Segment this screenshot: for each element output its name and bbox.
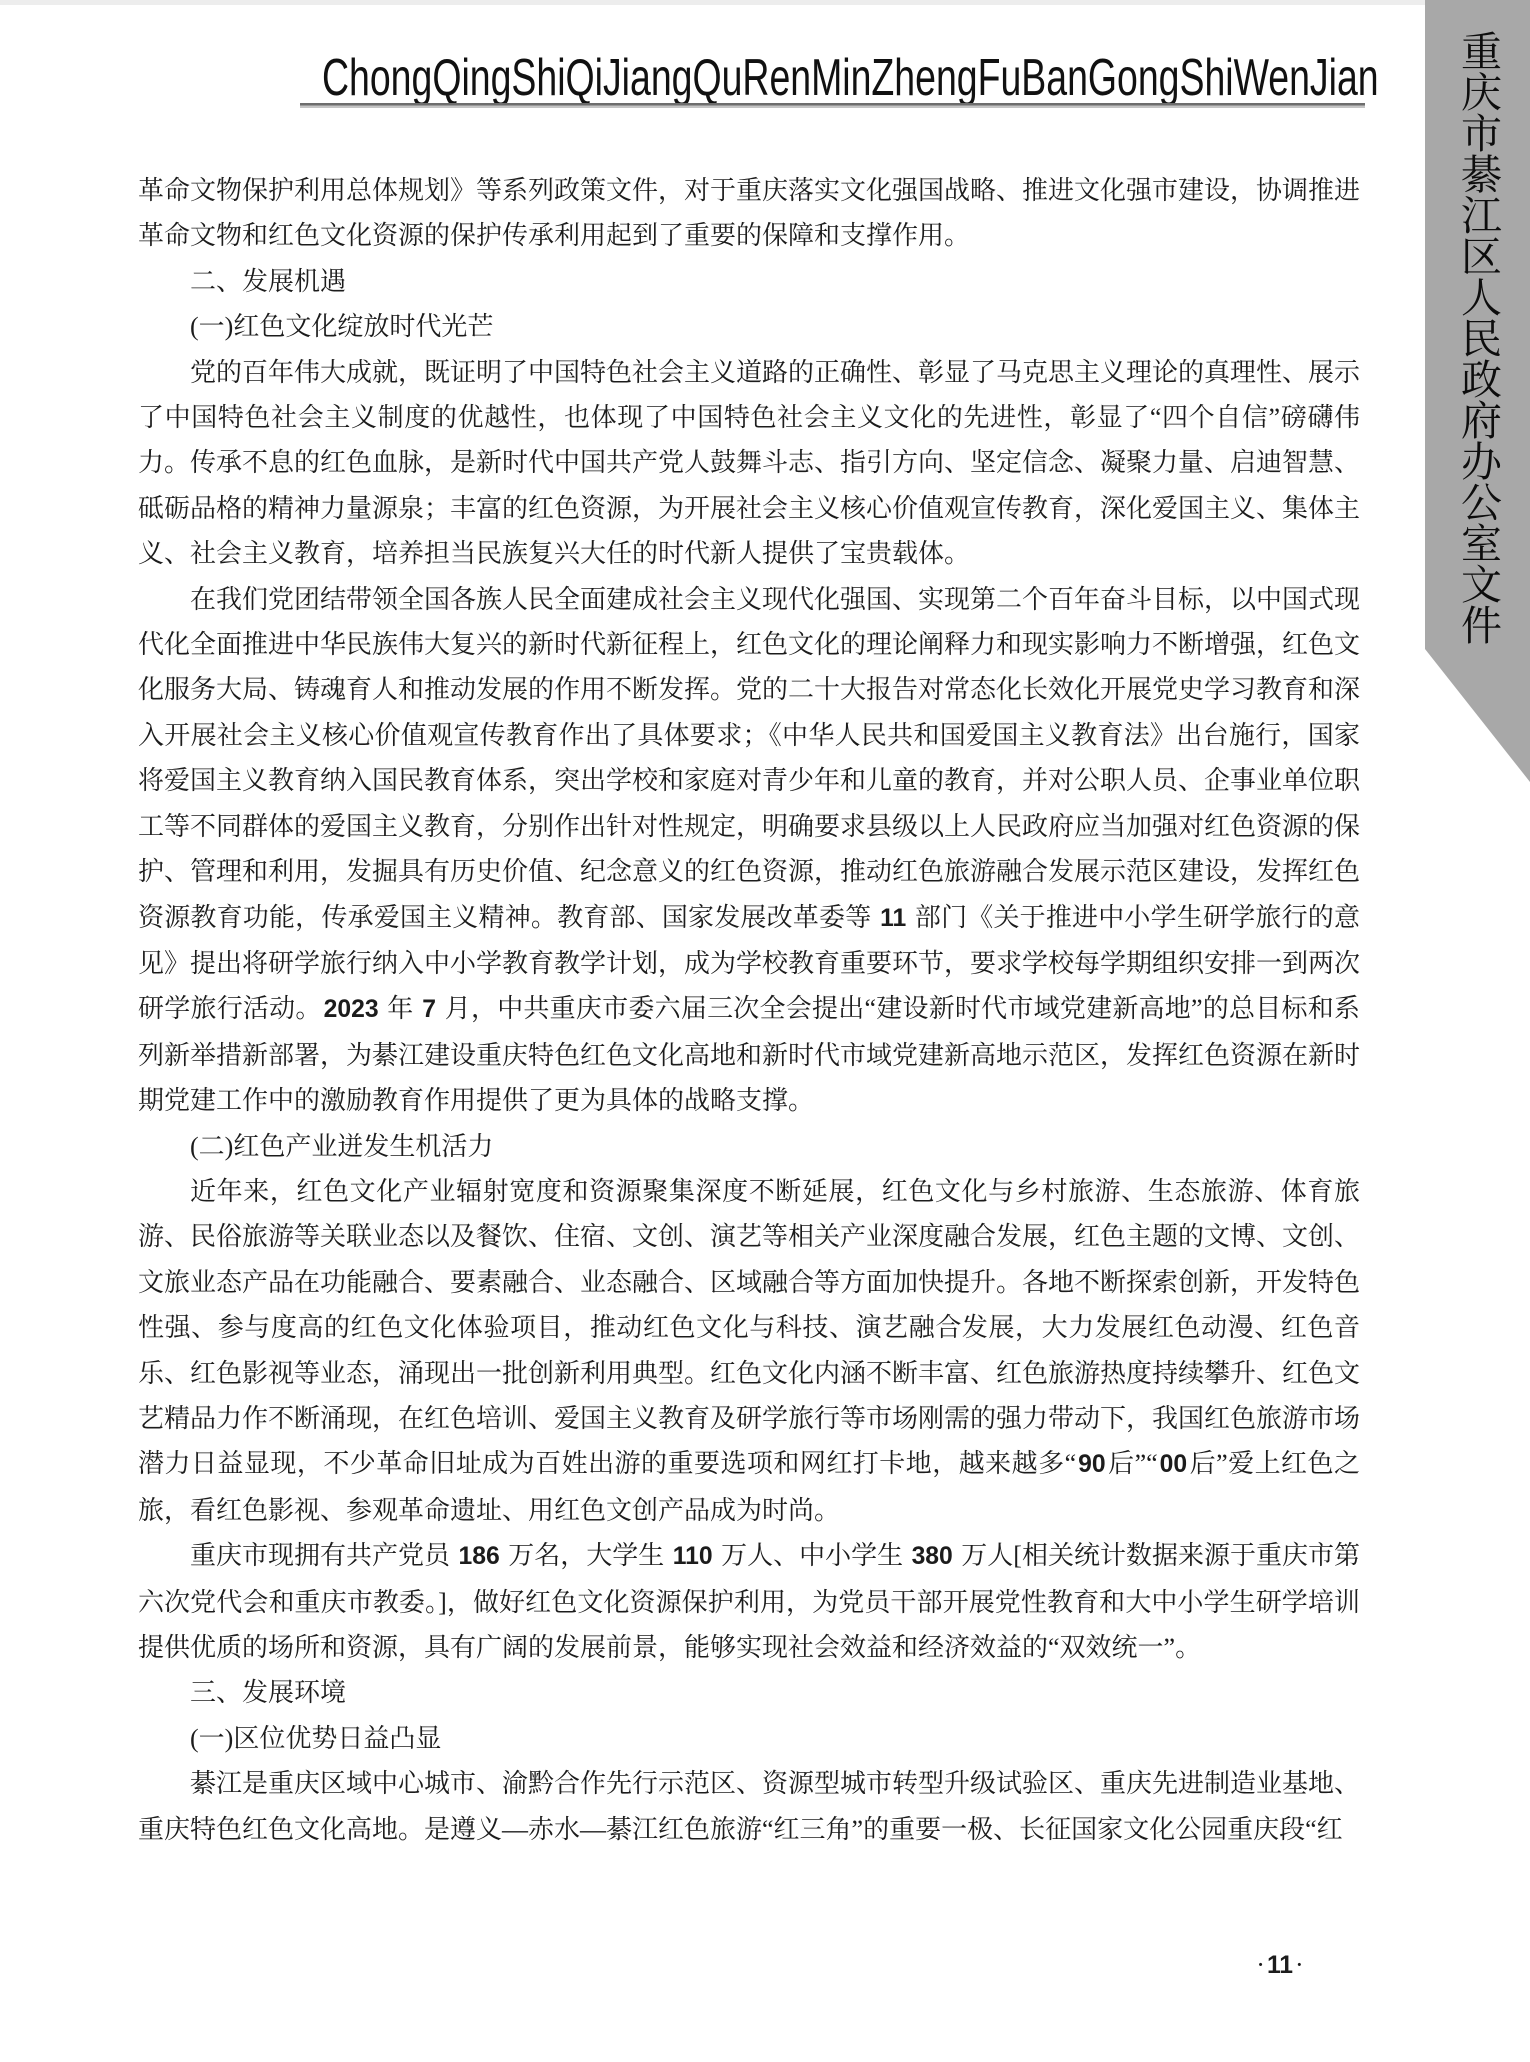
heading-section-3-1: (一)区位优势日益凸显 xyxy=(138,1716,1360,1761)
paragraph-chongqing-statistics: 重庆市现拥有共产党员 186 万名，大学生 110 万人、中小学生 380 万人… xyxy=(138,1533,1360,1670)
ribbon-title: 重庆市綦江区人民政府办公室文件 xyxy=(1457,30,1498,645)
document-body: 革命文物保护利用总体规划》等系列政策文件，对于重庆落实文化强国战略、推进文化强市… xyxy=(138,168,1360,1852)
heading-section-2-2: (二)红色产业迸发生机活力 xyxy=(138,1124,1360,1169)
numeral: 90 xyxy=(1076,1451,1107,1478)
paragraph-new-era: 在我们党团结带领全国各族人民全面建成社会主义现代化强国、实现第二个百年奋斗目标，… xyxy=(138,577,1360,1124)
numeral: 11 xyxy=(878,905,908,932)
header-rule xyxy=(300,103,1365,108)
numeral: 2023 xyxy=(322,996,381,1023)
paragraph-red-culture: 党的百年伟大成就，既证明了中国特色社会主义道路的正确性、彰显了马克思主义理论的真… xyxy=(138,350,1360,577)
numeral: 7 xyxy=(420,996,438,1023)
numeral: 110 xyxy=(671,1543,715,1570)
page-number: ·11· xyxy=(1235,1950,1325,1981)
numeral: 00 xyxy=(1158,1451,1189,1478)
document-page: ChongQingShiQiJiangQuRenMinZhengFuBanGon… xyxy=(0,0,1530,2062)
heading-section-2: 二、发展机遇 xyxy=(138,259,1360,304)
page-header-romanized-title: ChongQingShiQiJiangQuRenMinZhengFuBanGon… xyxy=(322,52,1379,104)
page-top-edge xyxy=(0,0,1425,5)
numeral: 11 xyxy=(1265,1952,1295,1979)
heading-section-3: 三、发展环境 xyxy=(138,1670,1360,1715)
side-ribbon: 重庆市綦江区人民政府办公室文件 xyxy=(1425,0,1530,782)
paragraph-policy-continuation: 革命文物保护利用总体规划》等系列政策文件，对于重庆落实文化强国战略、推进文化强市… xyxy=(138,168,1360,259)
numeral: 186 xyxy=(457,1543,502,1570)
heading-section-2-1: (一)红色文化绽放时代光芒 xyxy=(138,304,1360,349)
paragraph-red-industry: 近年来，红色文化产业辐射宽度和资源聚集深度不断延展，红色文化与乡村旅游、生态旅游… xyxy=(138,1169,1360,1533)
paragraph-qijiang-location: 綦江是重庆区域中心城市、渝黔合作先行示范区、资源型城市转型升级试验区、重庆先进制… xyxy=(138,1761,1360,1852)
numeral: 380 xyxy=(910,1543,955,1570)
